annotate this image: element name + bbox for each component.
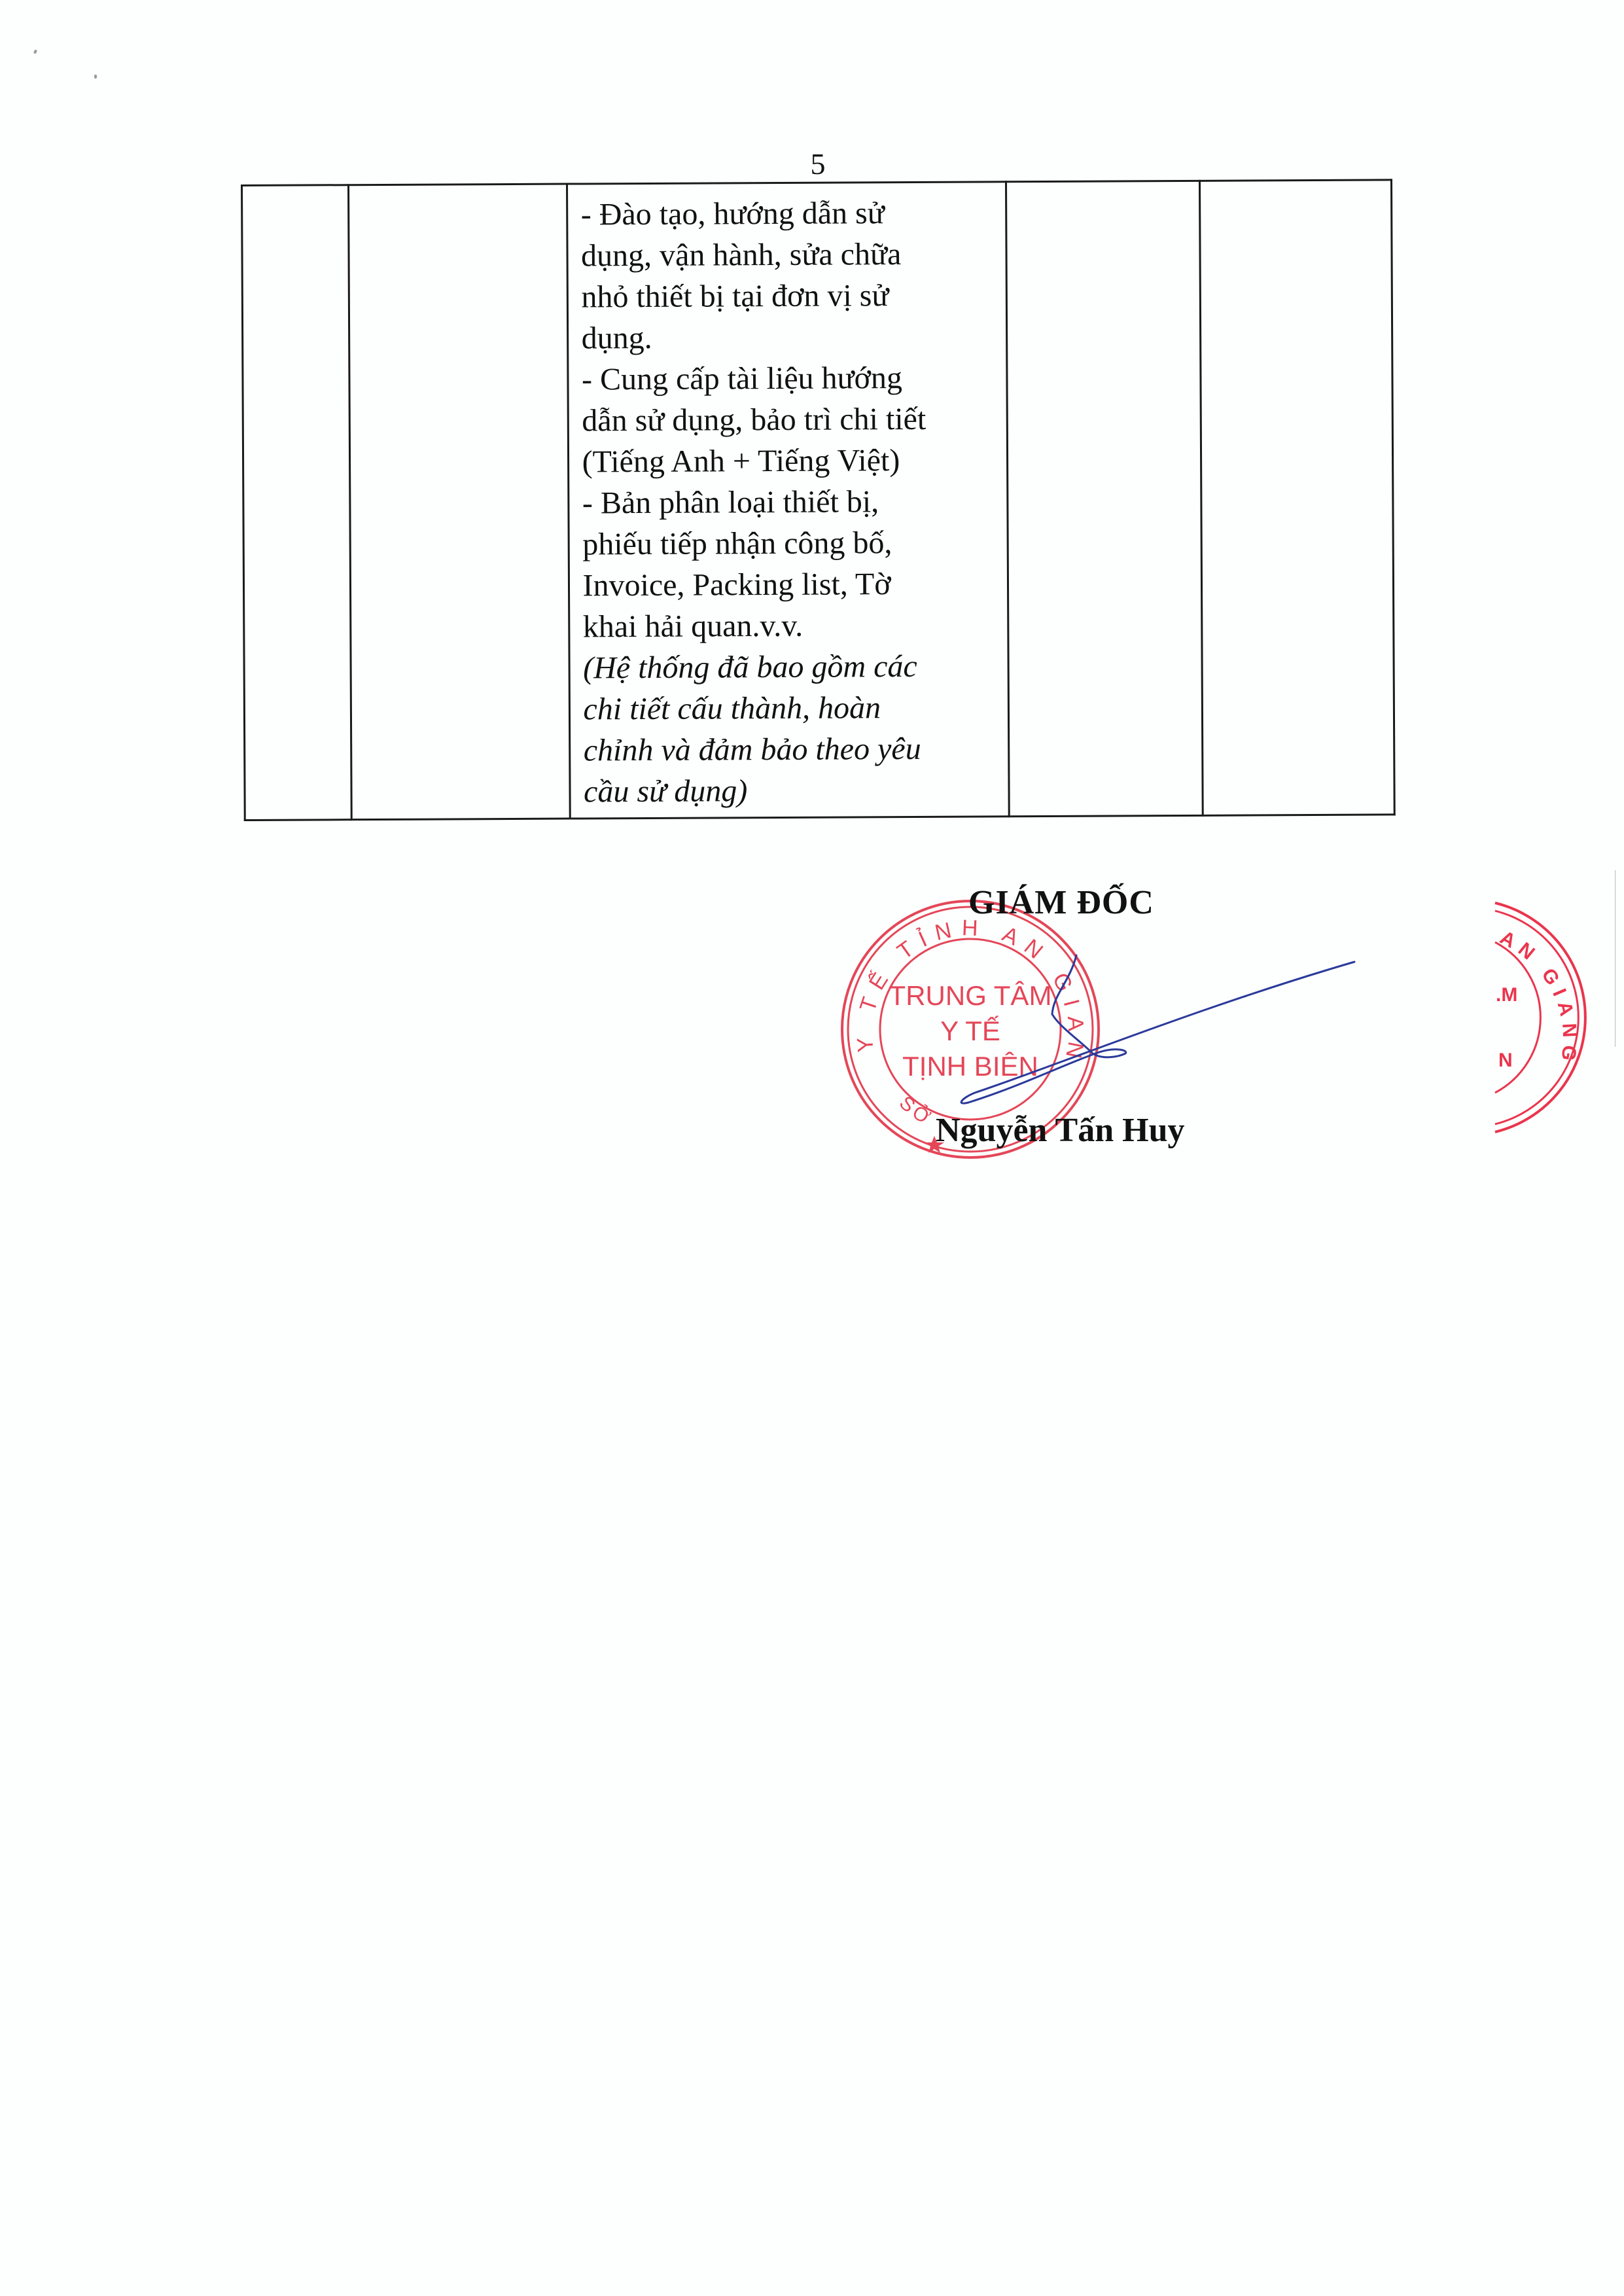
scan-speck (33, 49, 37, 54)
description-line: cầu sử dụng) (584, 769, 998, 812)
svg-text:N: N (1498, 1050, 1513, 1071)
description-line: (Tiếng Anh + Tiếng Việt) (582, 439, 996, 482)
description-line: khai hải quan.v.v. (583, 604, 997, 647)
specification-table: - Đào tạo, hướng dẫn sửdụng, vận hành, s… (241, 179, 1396, 821)
signer-name: Nguyễn Tấn Huy (936, 1111, 1185, 1150)
description-line: nhỏ thiết bị tại đơn vị sử (581, 274, 995, 317)
partial-stamp: AN GIANG .M N (1472, 883, 1624, 1145)
table-cell-quantity (1006, 181, 1203, 816)
description-line: Invoice, Packing list, Tờ (582, 563, 997, 606)
table-row: - Đào tạo, hướng dẫn sửdụng, vận hành, s… (242, 180, 1395, 821)
page-number: 5 (798, 149, 838, 179)
partial-stamp-icon: AN GIANG .M N (1472, 883, 1624, 1145)
description-line: - Đào tạo, hướng dẫn sử (581, 192, 995, 235)
description-line: dụng, vận hành, sửa chữa (581, 233, 995, 276)
description-line: chi tiết cấu thành, hoàn (583, 686, 997, 730)
description-line: - Bản phân loại thiết bị, (582, 480, 997, 523)
table-cell-index (242, 185, 352, 821)
table-cell-description: - Đào tạo, hướng dẫn sửdụng, vận hành, s… (567, 182, 1009, 819)
signer-title: GIÁM ĐỐC (968, 883, 1154, 922)
description-line: dẫn sử dụng, bảo trì chi tiết (582, 398, 996, 441)
scan-edge-line (1615, 870, 1615, 1047)
signature-block: GIÁM ĐỐC Nguyễn Tấn Huy (851, 877, 1309, 1178)
description-text: - Đào tạo, hướng dẫn sửdụng, vận hành, s… (568, 183, 1008, 817)
scan-speck (94, 75, 97, 79)
description-line: chỉnh và đảm bảo theo yêu (584, 728, 998, 771)
description-line: - Cung cấp tài liệu hướng (582, 357, 996, 400)
description-line: (Hệ thống đã bao gồm các (583, 645, 997, 688)
table-cell-item (349, 184, 570, 820)
document-page: 5 - Đào tạo, hướng dẫn sửdụng, vận hành,… (0, 0, 1624, 2296)
table-cell-notes (1199, 180, 1394, 815)
svg-text:.M: .M (1496, 984, 1517, 1006)
description-line: phiếu tiếp nhận công bố, (582, 521, 997, 565)
description-line: dụng. (582, 315, 996, 359)
